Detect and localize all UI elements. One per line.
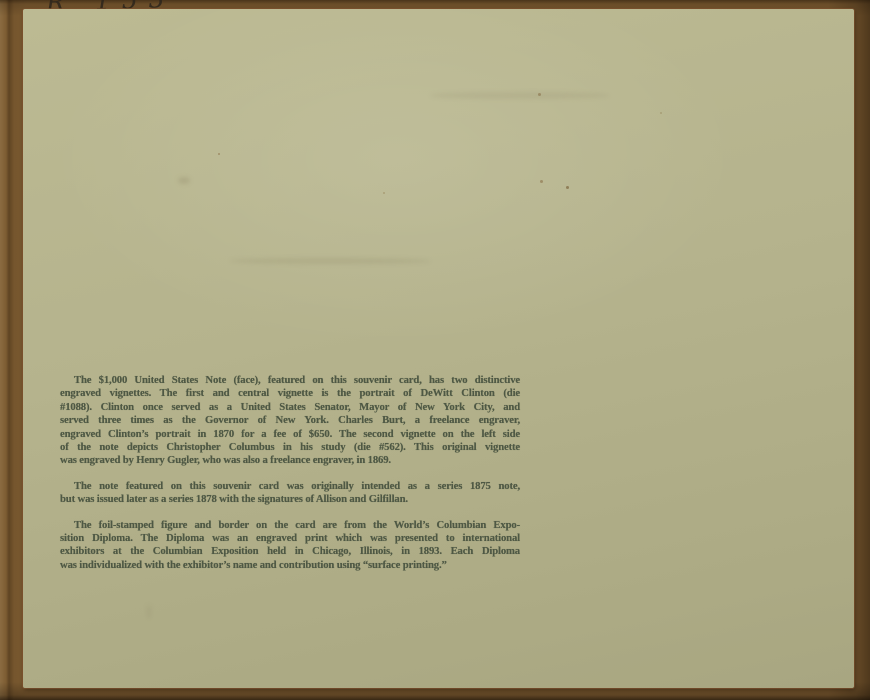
text-line: The foil-stamped figure and border on th… [60,519,520,532]
stain-speck [660,112,662,114]
text-line: The $1,000 United States Note (face), fe… [60,374,520,387]
text-line: engraved Clinton’s portrait in 1870 for … [60,428,520,441]
text-line: exhibitors at the Columbian Exposition h… [60,545,520,558]
card-description-text: The $1,000 United States Note (face), fe… [60,374,520,572]
souvenir-card-back: The $1,000 United States Note (face), fe… [23,9,854,688]
text-line: The note featured on this souvenir card … [60,480,520,493]
photograph-scene: R 153 The $1,000 United States Note (fac… [0,0,870,700]
stain-speck [383,192,385,194]
stain-smudge [230,258,430,264]
text-line: of the note depicts Christopher Columbus… [60,441,520,454]
stain-speck [218,153,220,155]
stain-speck [566,186,569,189]
stain-speck [540,180,543,183]
text-line: engraved vignettes. The first and centra… [60,387,520,400]
text-line: but was issued later as a series 1878 wi… [60,493,520,506]
text-line: sition Diploma. The Diploma was an engra… [60,532,520,545]
paragraph: The $1,000 United States Note (face), fe… [60,374,520,468]
text-line: was engraved by Henry Gugler, who was al… [60,454,520,467]
stain-smudge [147,605,151,619]
stain-smudge [178,177,190,184]
text-line: served three times as the Governor of Ne… [60,414,520,427]
paragraph: The foil-stamped figure and border on th… [60,519,520,573]
paragraph: The note featured on this souvenir card … [60,480,520,507]
text-line: was individualized with the exhibitor’s … [60,559,520,572]
stain-smudge [430,92,610,99]
text-line: #1088). Clinton once served as a United … [60,401,520,414]
